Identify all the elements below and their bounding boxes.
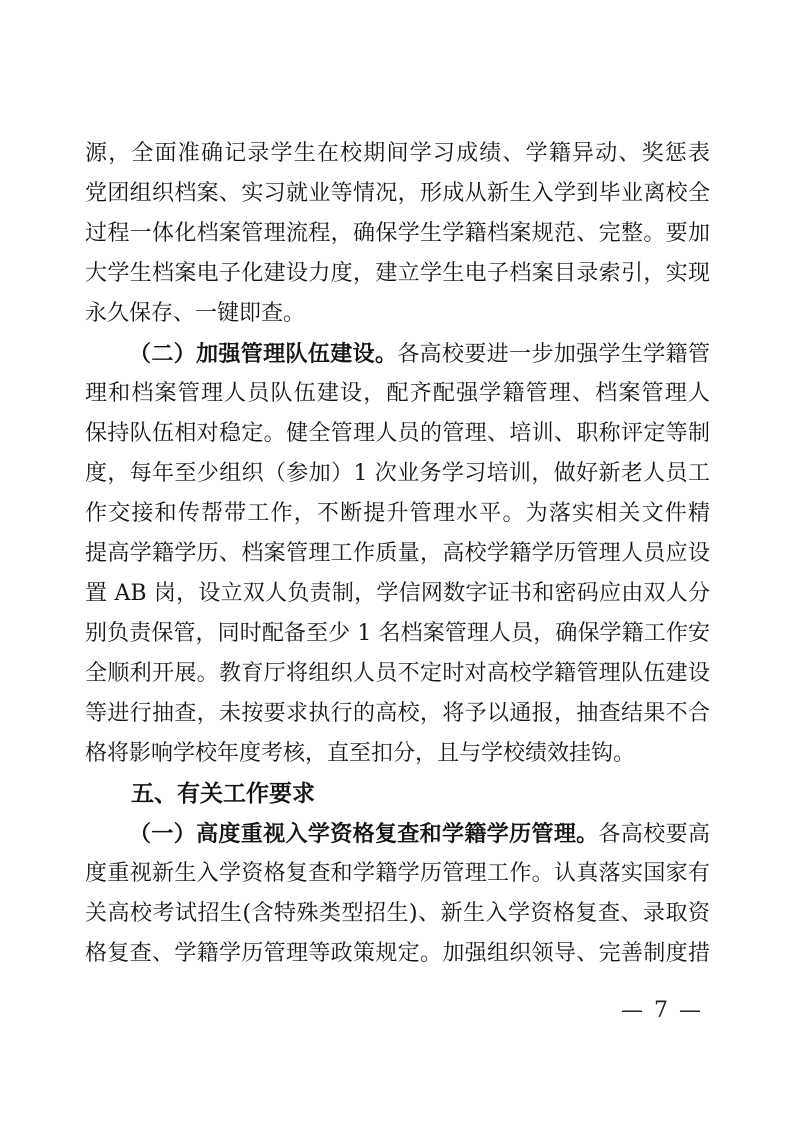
body-text: 各高校要进一步加强学生学籍管 xyxy=(397,342,710,367)
clause-heading-bold: （二）加强管理队伍建设。 xyxy=(129,341,397,367)
body-line: 别负责保管，同时配备至少 1 名档案管理人员，确保学籍工作安 xyxy=(85,614,710,654)
body-line: 永久保存、一键即查。 xyxy=(85,294,710,334)
body-line: 等进行抽查，未按要求执行的高校，将予以通报，抽查结果不合 xyxy=(85,694,710,734)
body-line: 关高校考试招生(含特殊类型招生)、新生入学资格复查、录取资 xyxy=(85,894,710,934)
body-line: 格将影响学校年度考核，直至扣分，且与学校绩效挂钩。 xyxy=(85,734,710,774)
section-heading: 五、有关工作要求 xyxy=(85,774,710,814)
body-line: 党团组织档案、实习就业等情况，形成从新生入学到毕业离校全 xyxy=(85,174,710,214)
body-line: 提高学籍学历、档案管理工作质量，高校学籍学历管理人员应设 xyxy=(85,534,710,574)
body-line: 格复查、学籍学历管理等政策规定。加强组织领导、完善制度措 xyxy=(85,934,710,974)
body-line: 保持队伍相对稳定。健全管理人员的管理、培训、职称评定等制 xyxy=(85,414,710,454)
page-number: — 7 — xyxy=(621,996,703,1026)
body-line: 全顺利开展。教育厅将组织人员不定时对高校学籍管理队伍建设 xyxy=(85,654,710,694)
body-line: （一）高度重视入学资格复查和学籍学历管理。各高校要高 xyxy=(85,814,710,854)
clause-heading-bold: （一）高度重视入学资格复查和学籍学历管理。 xyxy=(129,821,599,847)
body-text: 各高校要高 xyxy=(599,822,710,847)
body-line: 度，每年至少组织（参加）1 次业务学习培训，做好新老人员工 xyxy=(85,454,710,494)
body-line: 置 AB 岗，设立双人负责制，学信网数字证书和密码应由双人分 xyxy=(85,574,710,614)
body-line: 大学生档案电子化建设力度，建立学生电子档案目录索引，实现 xyxy=(85,254,710,294)
document-body: 源，全面准确记录学生在校期间学习成绩、学籍异动、奖惩表现、 党团组织档案、实习就… xyxy=(85,134,710,974)
body-line: 作交接和传帮带工作，不断提升管理水平。为落实相关文件精神， xyxy=(85,494,710,534)
body-line: 源，全面准确记录学生在校期间学习成绩、学籍异动、奖惩表现、 xyxy=(85,134,710,174)
body-line: （二）加强管理队伍建设。各高校要进一步加强学生学籍管 xyxy=(85,334,710,374)
document-page: 源，全面准确记录学生在校期间学习成绩、学籍异动、奖惩表现、 党团组织档案、实习就… xyxy=(0,0,793,1122)
body-line: 过程一体化档案管理流程，确保学生学籍档案规范、完整。要加 xyxy=(85,214,710,254)
body-line: 理和档案管理人员队伍建设，配齐配强学籍管理、档案管理人员， xyxy=(85,374,710,414)
body-line: 度重视新生入学资格复查和学籍学历管理工作。认真落实国家有 xyxy=(85,854,710,894)
